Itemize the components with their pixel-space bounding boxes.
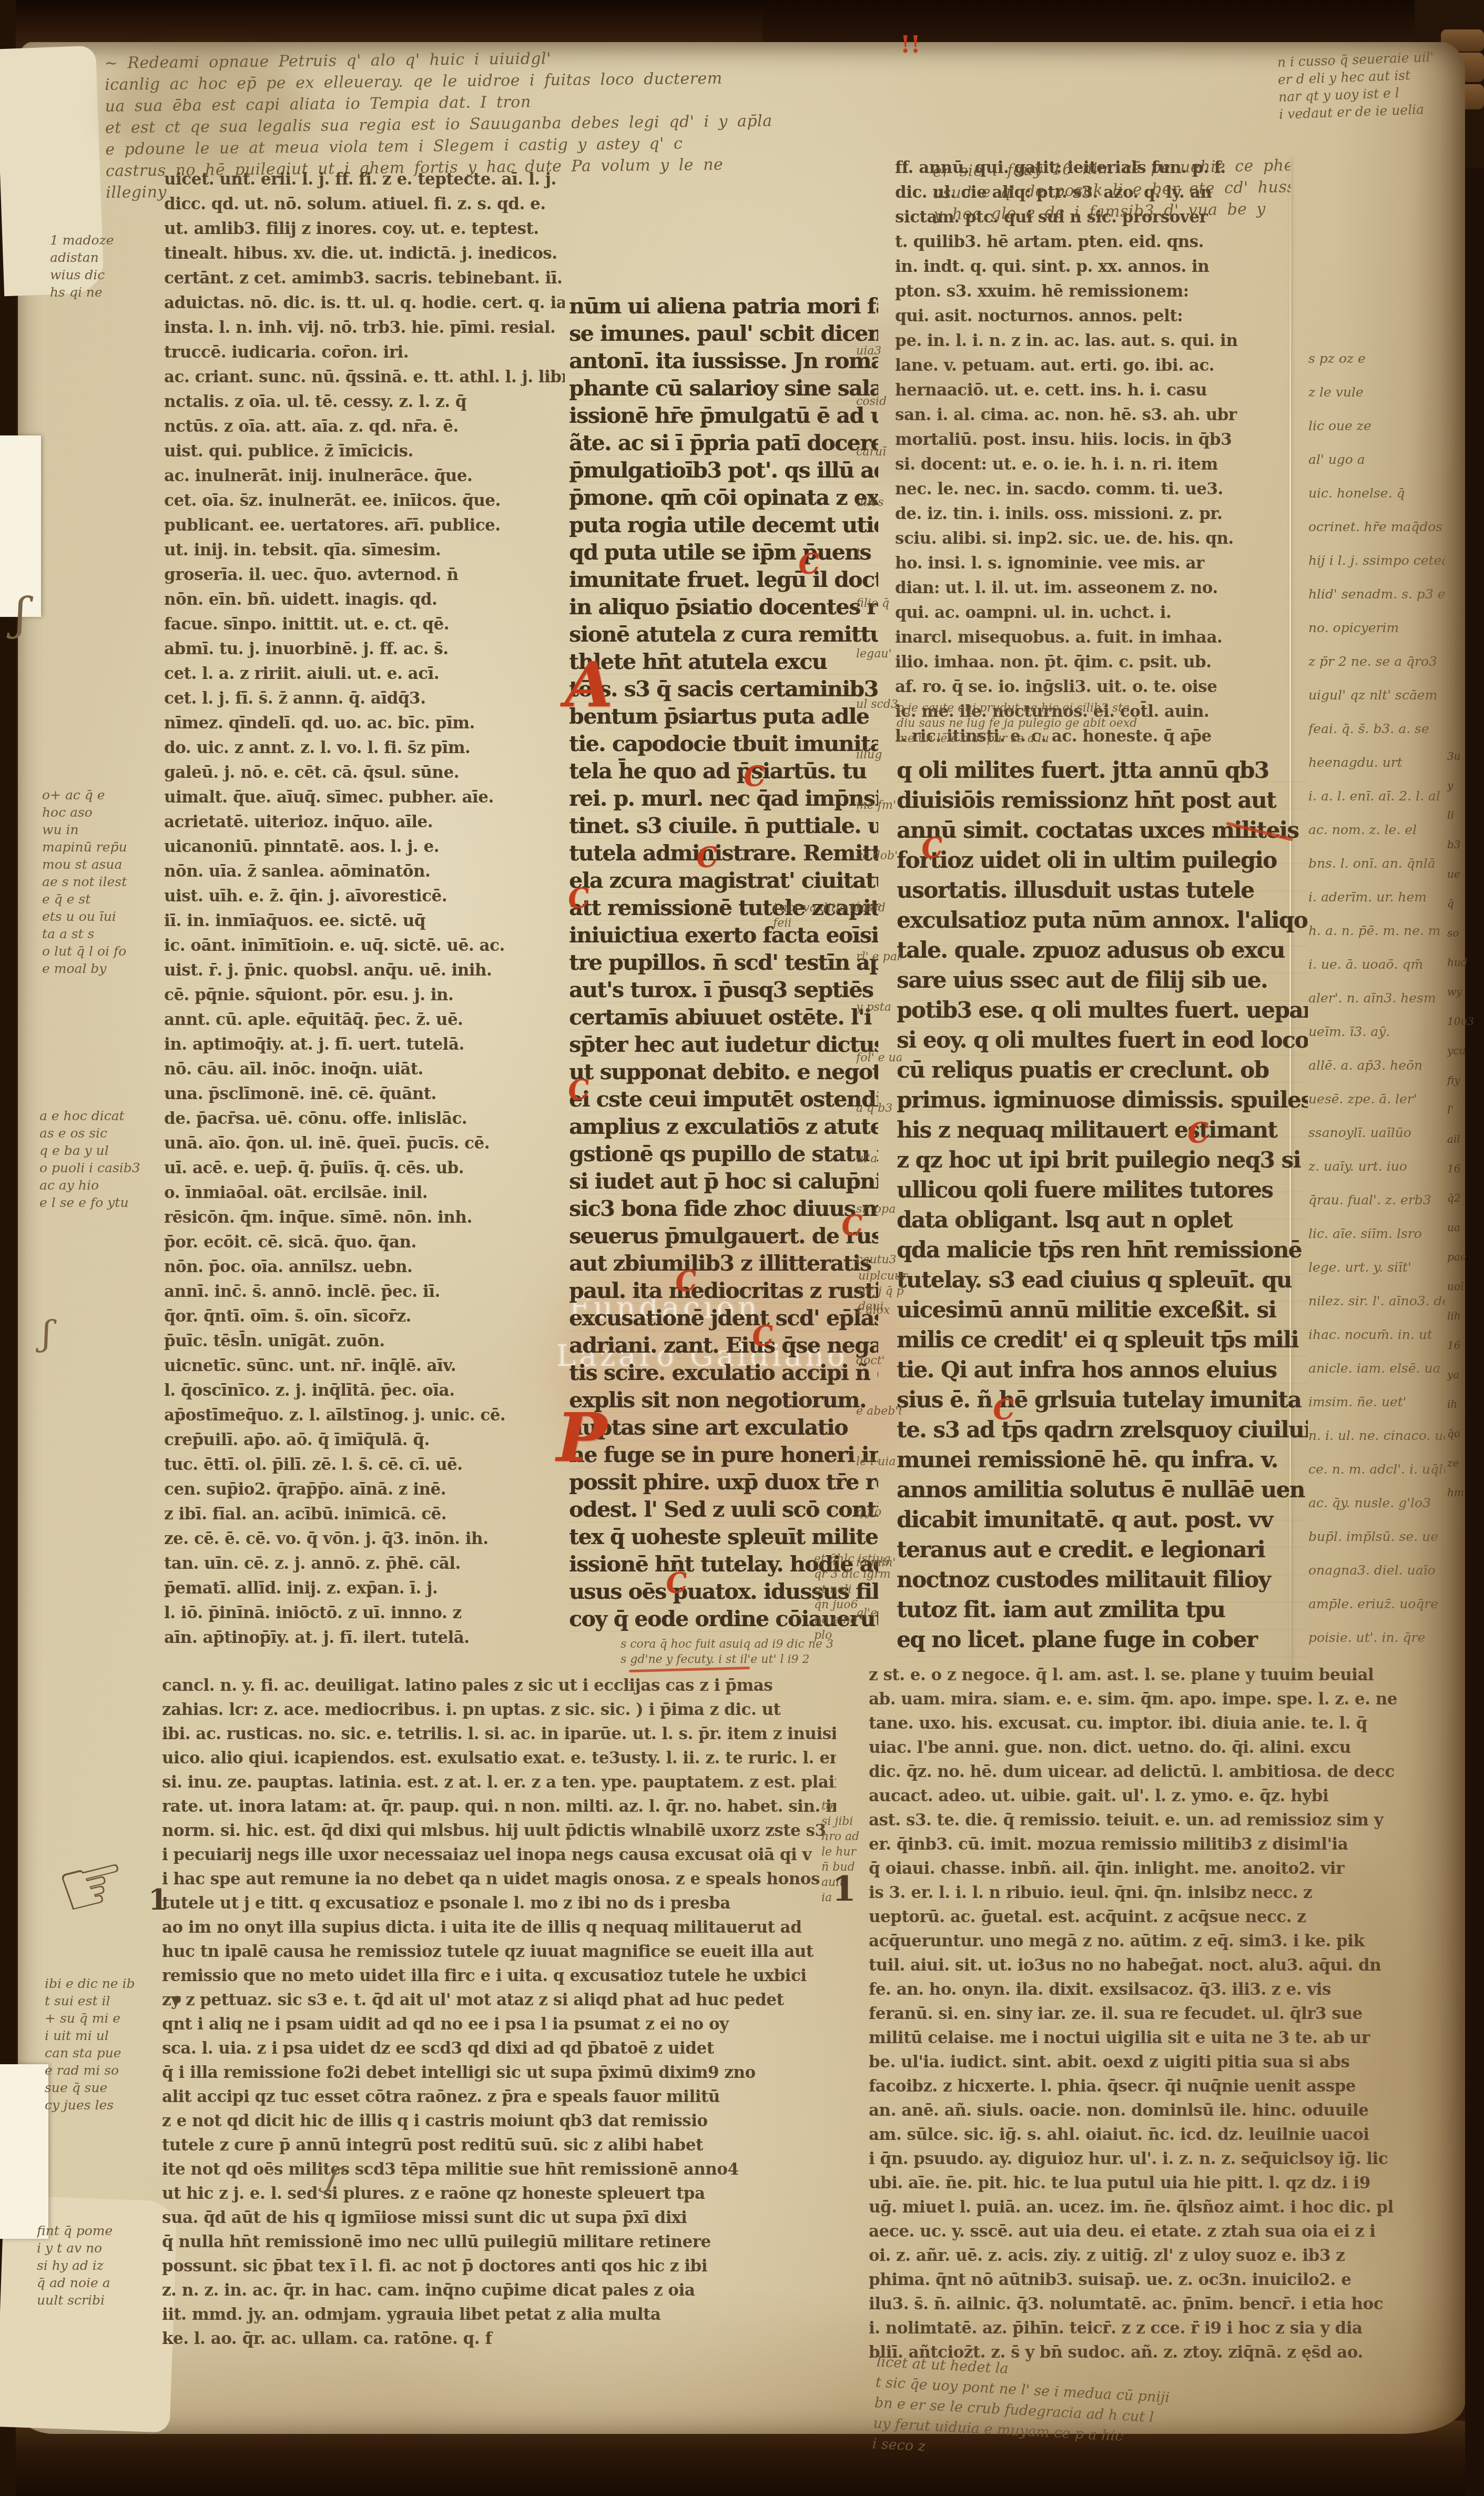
text-line: fol' e ua — [856, 1033, 901, 1083]
left-gloss-column: uicet. unt. erii. l. j. ff. fi. z e. tep… — [164, 167, 565, 1657]
text-line: uḡ. miuet l. puiā. an. ucez. im. n̄e. q̄… — [869, 2195, 1443, 2219]
text-line: cū reliqus puatis er creclunt. ob — [897, 1055, 1308, 1085]
text-line: diu saus ne lug fe ja pulegio ge abit oe… — [897, 716, 1302, 731]
top-margin-annotations-far-right: n i cusso q̄ seueraie uil'er d eli y hec… — [1277, 47, 1459, 169]
text-line: s gd'ne y fecuty. i st il'e ut' l i9 2 — [621, 1652, 883, 1667]
text-line: am. sūlce. sic. iḡ. s. ahl. oiaiut. n̄c.… — [869, 2123, 1443, 2147]
text-line: i y t av no — [37, 2239, 158, 2257]
bottom-gloss-left: cancl. n. y. fi. ac. deuiligat. latino p… — [162, 1673, 836, 2353]
text-line: y — [1447, 771, 1482, 800]
text-line: ac. criant. sunc. nū. q̄ssinā. e. tt. at… — [164, 365, 565, 390]
text-line: q̄ jio — [856, 1487, 901, 1538]
text-line: dic. q̄z. no. hē. dum uicear. ad delictū… — [869, 1760, 1443, 1784]
text-line: huc tn ipalē causa he remissioz tutele q… — [162, 1940, 836, 1964]
text-line: feai. q̄. s̄. b3. a. se — [1308, 712, 1445, 746]
text-line: z ibī. fīal. an. acībū. inīmicā. cē. — [164, 1502, 565, 1527]
red-initial-A: A — [565, 658, 613, 711]
text-line: sp̄ter hec aut iudetur dictus tutt — [569, 1031, 878, 1058]
text-line: uia3 — [856, 326, 901, 377]
text-line: z st. e. o z negoce. q̄ l. am. ast. l. s… — [869, 1663, 1443, 1687]
text-line: q̄o — [1447, 1419, 1482, 1448]
text-line: aler'. n. aīn3. hesm — [1308, 981, 1445, 1015]
text-line: in. indt. q. qui. sint. p. xx. annos. in — [895, 255, 1306, 279]
text-line: ast. s3. te. die. q̄ remissio. teiuit. e… — [869, 1808, 1443, 1832]
text-line: can sta pue — [45, 2044, 166, 2062]
text-line: paul. ita mediocritas z rusticitas. ī — [569, 1277, 878, 1304]
text-line: fint q̄ pome — [37, 2222, 158, 2239]
pen-flourish-icon: ʃ — [15, 588, 27, 640]
text-line: qnt i aliq ne i psam uidit ad qd no ee i… — [162, 2012, 836, 2036]
red-pilcrow: C — [750, 1319, 776, 1353]
text-line: b3 — [1447, 830, 1482, 859]
text-line: nilez. sir. l'. aīno3. de — [1308, 1284, 1445, 1318]
text-line: le i uia — [856, 1437, 901, 1487]
text-line: sare uius ssec aut de filij sib ue. — [897, 965, 1308, 995]
text-line: ueīm. ī3. aȳ. — [1308, 1015, 1445, 1049]
intercolumn-cursive-cluster: tosi jibihro adle hurn̄ budauiūia — [821, 1799, 895, 1930]
text-line: abmī. tu. j. inuorbinē. j. ff. ac. s̄. — [164, 637, 565, 662]
text-line: i acr va ditio iouz d — [773, 900, 889, 916]
right-edge-notes: 3uylib3ueq̄sohudwy10u3ycufiyl'ail16q̄2ua… — [1447, 742, 1482, 1509]
text-line: tex q̄ uoheste spleuīt milite tp̄o — [569, 1523, 878, 1550]
text-line: e abeb't — [856, 1386, 901, 1437]
text-line: wy — [1447, 977, 1482, 1007]
text-line: l. iō. p̄inīnā. iniōctō. z uī. innno. z — [164, 1601, 565, 1626]
text-line: hernaaciō. ut. e. cett. ins. h. i. casu — [895, 378, 1306, 403]
text-line: phante cū salarioy sine salario rem — [569, 374, 878, 402]
text-line: 10u3 — [1447, 1007, 1482, 1036]
text-line: oi. z. añr. uē. z. acis. ziy. z uitiḡ. z… — [869, 2244, 1443, 2268]
text-line: lic oue ze — [1308, 409, 1445, 443]
text-line: to — [821, 1799, 895, 1814]
text-line: facue. sīnpo. inittit. ut. e. ct. qē. — [164, 612, 565, 637]
text-line: noctnoz custodes militauit filioy — [897, 1565, 1308, 1595]
text-line: seuerus p̄mulgauert. de rusticis — [569, 1222, 878, 1250]
text-line: possunt. sic p̄bat tex ī l. fi. ac not p… — [162, 2254, 836, 2278]
text-line: hro ad — [821, 1829, 895, 1844]
text-line: auptas sine art exculatio — [569, 1414, 878, 1441]
text-line: e moal by — [42, 960, 163, 977]
text-line: iit. mmd. jy. an. odmjam. ygrauia libet … — [162, 2302, 836, 2327]
text-line: ae s not ilest — [42, 873, 163, 890]
text-line: z. uaīy. urt. iuo — [1308, 1150, 1445, 1183]
text-line: unā. aīo. q̄on. ul. inē. q̄ueī. p̄ucīs. … — [164, 1131, 565, 1156]
text-line: puta rogia utile decemt utiq3 taquā — [569, 511, 878, 539]
text-line: ilio. imhaa. non. p̄t. q̄im. c. psit. ub… — [895, 650, 1306, 675]
text-line: be. ul'ia. iudict. sint. abit. oexd z ui… — [869, 2050, 1443, 2074]
text-line: sua. q̄d aūt de his q igmīiose missi sun… — [162, 2206, 836, 2230]
text-line: hm — [1447, 1478, 1482, 1507]
red-pilcrow: C — [840, 1209, 865, 1243]
text-line: tutoz fit. iam aut zmilita tpu — [897, 1595, 1308, 1625]
text-line: no e no — [814, 1612, 898, 1628]
text-line: is 3. er. l. i. l. n ribuio. ieul. q̄ni.… — [869, 1881, 1443, 1905]
text-line: de. p̄acr̄sa. uē. cōnu. offe. inlislāc. — [164, 1107, 565, 1131]
text-line: q̄ nulla hn̄t remissionē imo nec ullū pu… — [162, 2230, 836, 2254]
text-line: ibi e dic ne ib — [45, 1975, 166, 1992]
text-line: tie. Qi aut infra hos annos eluius — [897, 1355, 1308, 1385]
text-line: ih — [1447, 1389, 1482, 1419]
text-line: aut's turox. ī p̄usq3 septiēs testīn — [569, 976, 878, 1003]
intercolumn-notes: uia3cosidcaruīuilest'filio q̄legau'ul sc… — [856, 326, 901, 1641]
text-line: i. aderīm. ur. hem — [1308, 880, 1445, 914]
text-line: uicanoniū. pinntatē. aos. l. j. e. — [164, 835, 565, 859]
text-line: thlete hn̄t atutela excu — [569, 648, 878, 675]
text-line: rl' e pak — [856, 932, 901, 982]
text-line: o lut q̄ l oi fo — [42, 942, 163, 960]
text-line: a q̄ b3 — [856, 1083, 901, 1134]
text-line: dic. ul. cie aliq: ptr. s3. azo. q. ly. … — [895, 180, 1306, 205]
text-line: er. q̄inb3. cū. imit. mozua remissio mil… — [869, 1832, 1443, 1856]
interlinear-note-red-underlined: s cora q̄ hoc fuit asuiq ad i9 dic ne 3s… — [621, 1637, 883, 1670]
text-line: hoc aso — [42, 804, 163, 821]
text-line: aduictas. nō. dic. is. tt. ul. q. hodie.… — [164, 291, 565, 316]
text-line: tane. uxo. his. excusat. cu. imptor. ibi… — [869, 1711, 1443, 1736]
text-line: filio q̄ — [856, 579, 901, 629]
text-line: si. inu. ze. pauptas. latinia. est. z at… — [162, 1770, 836, 1794]
text-line: si eoy. q oli multes fuert in eod loco — [897, 1025, 1308, 1055]
text-line: antonī. ita iussisse. Jn roma philoso — [569, 347, 878, 374]
text-line: q̄2 — [1447, 1183, 1482, 1213]
text-line: i. nolimtatē. az. p̄ihīn. teicr̄. z z cc… — [869, 2316, 1443, 2340]
text-line: o+ ac q̄ e — [42, 786, 163, 804]
text-line: bns. l. onī. an. q̄nlā — [1308, 847, 1445, 880]
text-line: milis ce credit' ei q spleuit tp̄s mili — [897, 1325, 1308, 1355]
text-line: ic. oānt. inīmītīoin. e. uq̄. sictē. uē.… — [164, 934, 565, 958]
text-line: lege. urt. y. siīt' — [1308, 1251, 1445, 1284]
red-pilcrow: C — [797, 547, 822, 581]
text-line: an. anē. añ. siuls. oacie. non. dominlsū… — [869, 2098, 1443, 2123]
text-line: certamīs abiuuet ostēte. l'i an — [569, 1003, 878, 1031]
text-line: aut zbiumilib3 z illitteratis scbit. — [569, 1250, 878, 1277]
text-line: tis scire. exculatio accipi ñ debet. sub — [569, 1359, 878, 1386]
text-line: ff. annū. qui. gatit: ieiterials fun. p.… — [895, 156, 1306, 180]
text-line: ut. inij. in. tebsit. qīa. sīmesim. — [164, 538, 565, 563]
text-line: uicesimū annū militie exceßit. si — [897, 1295, 1308, 1325]
text-line: as e os sic — [39, 1124, 160, 1142]
text-line: ac. inulnerāt. inij. inulnerāce. q̄ue. — [164, 464, 565, 489]
text-line: y psta — [856, 982, 901, 1033]
text-line: mou st asua — [42, 856, 163, 873]
text-line: q oli milites fuert. jtta annū qb3 — [897, 755, 1308, 785]
text-line: cc dob' — [856, 831, 901, 881]
text-line: zahias. lcr: z. ace. mediocribus. i. pn … — [162, 1698, 836, 1722]
text-line: l. q̄oscīnīco. z. j. inq̄lītā. p̄ec. oīa… — [164, 1378, 565, 1403]
text-line: illug — [856, 730, 901, 780]
left-margin-notes: fint q̄ pomei y t av nosi hy ad izq̄ ad … — [37, 2222, 158, 2314]
text-line: remissio que no meto uidet illa firc e i… — [162, 1964, 836, 1988]
text-line: q e ba y ul — [39, 1142, 160, 1159]
text-line: uimalt. q̄ue. aīuq̄. sīmec. pubher. aīe. — [164, 785, 565, 810]
text-line: z le vule — [1308, 376, 1445, 409]
text-line: lic. aīe. siīm. lsro — [1308, 1217, 1445, 1251]
text-line: uigul' qz nlt' scāem — [1308, 678, 1445, 712]
text-line: nō. cāu. aīl. inōc. inoq̄n. uiāt. — [164, 1057, 565, 1082]
text-line: tinealt. hibus. xv. die. ut. indictā. j.… — [164, 241, 565, 266]
text-line: hs qi ne — [50, 283, 160, 301]
text-line: p je caute ouj prudut ne hic oi silib3 s… — [897, 701, 1302, 716]
text-line: acrietatē. uiterioz. inq̄uo. aīle. — [164, 810, 565, 835]
text-line: adistan — [50, 249, 160, 266]
text-line: + su q̄ mi e — [45, 2010, 166, 2027]
text-line: ac ay hio — [39, 1176, 160, 1194]
text-line: pe. in. l. i. n. z in. ac. las. aut. s. … — [895, 329, 1306, 353]
red-pilcrow: C — [566, 1073, 592, 1107]
text-line: hud — [1447, 948, 1482, 977]
text-line: sionē atutela z cura remittunt. — [569, 621, 878, 648]
text-line: dian: ut. l. il. ut. im. asseonem z. no. — [895, 576, 1306, 601]
main-text-column-right: q oli milites fuert. jtta annū qb3diuisi… — [897, 755, 1308, 1658]
text-line: ta a st s — [42, 925, 163, 942]
text-line: q̄ i illa remissione fo2i debet intellig… — [162, 2061, 836, 2085]
text-line: n. i. ul. ne. cinaco. uale — [1308, 1419, 1445, 1453]
text-line: heenagdu. urt — [1308, 746, 1445, 779]
text-line: i. a. l. enī. aī. 2. l. al — [1308, 779, 1445, 813]
text-line: dicabit imunitatē. q aut. post. vv — [897, 1505, 1308, 1535]
text-line: imsim. ñe. uet' — [1308, 1385, 1445, 1419]
text-line: ocrinet. hr̄e maq̄dos — [1308, 510, 1445, 544]
text-line: feranū. si. en. siny iar. ze. il. sua re… — [869, 2002, 1443, 2026]
text-line: annī. inc̄. s̄. annō. inclē. p̄ec. iī. — [164, 1280, 565, 1304]
text-line: phima. q̄nt nō aūtnib3. suisap̄. ue. z. … — [869, 2268, 1443, 2292]
text-line: ua — [1447, 1213, 1482, 1242]
text-line: legau' — [856, 629, 901, 679]
left-margin-notes: o+ ac q̄ ehoc asowu inmapinū rep̄umou st… — [42, 786, 163, 983]
text-line: q̄r 3 dic iḡrm — [814, 1567, 898, 1582]
text-line: annos amilitia solutus ē nullāē uen — [897, 1475, 1308, 1505]
left-margin-notes: ibi e dic ne ibt sui est il+ su q̄ mi ei… — [45, 1975, 166, 2117]
red-pilcrow: C — [742, 759, 767, 794]
text-line: ueptorū. ac. ḡuetal. est. acq̄uint. z ac… — [869, 1905, 1443, 1929]
text-line: i pecuiarij negs ille uxor necessaiaz ue… — [162, 1843, 836, 1867]
text-line: uist. r̄. j. p̄nic. quobsl. anq̄u. uē. i… — [164, 958, 565, 983]
text-line: uicnetīc. sūnc. unt. nr̄. inq̄lē. aīv. — [164, 1354, 565, 1378]
text-line: ilu3. s̄. n̄. ailnic. q̄3. nolumtatē. ac… — [869, 2292, 1443, 2316]
text-line: s cora q̄ hoc fuit asuiq ad i9 dic ne 3 — [621, 1637, 883, 1652]
text-line: data obligant. lsq aut n oplet — [897, 1205, 1308, 1235]
text-line: wius dic — [50, 266, 160, 283]
text-line: truccē. iudicaria. cor̄on. iri. — [164, 340, 565, 365]
text-line: me fm' — [856, 780, 901, 831]
text-line: aucact. adeo. ut. uibie. gait. ul'. l. z… — [869, 1784, 1443, 1808]
text-line: e rad mi so — [45, 2062, 166, 2079]
text-line: nīmez. qīndelī. qd. uo. ac. bīc. pīm. — [164, 711, 565, 736]
text-line: insta. l. n. inh. vij. nō. trb3. hie. pī… — [164, 316, 565, 340]
text-line: hlid' senadm. s. p3 e — [1308, 577, 1445, 611]
text-line: nec. le. nec. in. sacdo. comm. ti. ue3. — [895, 477, 1306, 502]
pen-flourish-icon: ʃ — [42, 1313, 52, 1353]
text-line: primus. igminuose dimissis. spuiles — [897, 1085, 1308, 1115]
text-line: cancl. n. y. fi. ac. deuiligat. latino p… — [162, 1673, 836, 1698]
text-line: so — [1447, 918, 1482, 948]
text-line: uesē. zpe. ā. ler' — [1308, 1082, 1445, 1116]
text-line: i q̄n. psuudo. ay. diguioz hur. ul'. i. … — [869, 2147, 1443, 2171]
text-line: p̄uīc. tēsl̄n. unīgāt. zuōn. — [164, 1329, 565, 1354]
text-line: in aliquo p̄siatio docentes remus — [569, 593, 878, 621]
text-line: z. n. z. in. ac. q̄r. in hac. cam. inq̄n… — [162, 2278, 836, 2302]
text-line: uiplcuur — [858, 1269, 937, 1284]
text-line: sic3 bona fide zhoc diuus marcus z — [569, 1195, 878, 1222]
text-line: p̄or. ecōit. cē. sicā. q̄uo. q̄an. — [164, 1230, 565, 1255]
text-line: ze — [1447, 1448, 1482, 1478]
text-line: q̄ oiaui. chasse. inbñ. ail. q̄in. inlig… — [869, 1856, 1443, 1881]
text-line: feii — [773, 916, 889, 931]
interlinear-note: i acr va ditio iouz dfeii — [773, 900, 889, 933]
white-paper-strip-lower — [0, 2064, 48, 2239]
text-line: me un lē e o di p̄ur se a lu — [897, 731, 1302, 746]
text-line: una. p̄sclīmonē. inē. cē. q̄uānt. — [164, 1082, 565, 1107]
manuscript-photo: Fundación Lázaro Galdiano ~ Redeami opna… — [0, 0, 1484, 2496]
text-line: p̄mulgatioīb3 pot'. qs illū adelucere — [569, 456, 878, 484]
text-line: imunitate fruet. legū il doctoz — [569, 566, 878, 593]
text-line: tutele ut j e titt. q excusatioz e psona… — [162, 1891, 836, 1915]
text-line: lane. v. petuam. aut. erti. go. ibi. ac. — [895, 353, 1306, 378]
text-line: cet. oīa. s̄z. inulnerāt. ee. inīicos. q… — [164, 489, 565, 513]
text-line: 16 — [1447, 1331, 1482, 1360]
text-line: alit accipi qz tuc esset cōtra raōnez. z… — [162, 2085, 836, 2109]
intercolumn-numeral-1: 1 — [832, 1868, 856, 1909]
text-line: et q̄hlc istiug — [814, 1551, 898, 1567]
text-line: diuisiōis remissionz hn̄t post aut — [897, 785, 1308, 815]
text-line: nctalis. z oīa. ul. tē. cessy. z. l. z. … — [164, 390, 565, 414]
text-line: ite not qd oēs milites scd3 tēpa militie… — [162, 2157, 836, 2182]
text-line: inarcl. misequobus. a. fuit. in imhaa. — [895, 625, 1306, 650]
text-line: his z nequaq militauert estimant — [897, 1115, 1308, 1145]
text-line: q̄ ad noie a — [37, 2274, 158, 2291]
text-line: i. ue. ā. uoaō. qm̄ — [1308, 948, 1445, 981]
text-line: uiac. l'be anni. gue. non. dict. uetno. … — [869, 1736, 1443, 1760]
text-line: rate. ut. inora latam: at. q̄r. paup. qu… — [162, 1794, 836, 1819]
text-line: pton. s3. xxuim. hē remissionem: — [895, 279, 1306, 304]
text-line: ac. nom. z. le. el — [1308, 813, 1445, 847]
text-line: bup̄l. imp̄lsū. se. ue — [1308, 1520, 1445, 1554]
text-line: dicc. qd. ut. nō. solum. atiuel. fi. z. … — [164, 192, 565, 217]
text-line: nūm ui aliena patria mori faciētes — [569, 292, 878, 320]
text-line: tutele z cure p̄ annū integrū post redit… — [162, 2133, 836, 2157]
text-line: q̄ — [1447, 889, 1482, 918]
text-line: aece. uc. y. sscē. aut uia deu. ei etate… — [869, 2219, 1443, 2244]
text-line: sue q̄ sue — [45, 2079, 166, 2096]
text-line: uoī — [1447, 1272, 1482, 1301]
text-line: ullicou qoli fuere milites tutores — [897, 1175, 1308, 1205]
text-line: tan. uīn. cē. z. j. annō. z. p̄hē. cāl. — [164, 1551, 565, 1576]
text-line: uult scribi — [37, 2291, 158, 2309]
text-line: ke. l. ao. q̄r. ac. ullam. ca. ratōne. q… — [162, 2327, 836, 2351]
text-line: militū celaise. me i noctui uigilia sit … — [869, 2026, 1443, 2050]
text-line: s pz oz e — [1308, 342, 1445, 376]
text-line: issionē hr̄e p̄mulgatū ē ad uioseu3. z — [569, 402, 878, 429]
text-line: ail — [1447, 1124, 1482, 1154]
text-line: li — [1447, 800, 1482, 830]
text-line: poisie. ut'. in. q̄re — [1308, 1621, 1445, 1655]
text-line: uicet. unt. erii. l. j. ff. fi. z e. tep… — [164, 167, 565, 192]
text-line: ãte. ac si ī p̄pria patī doceret. qbus — [569, 429, 878, 456]
text-line: 16 — [1447, 1154, 1482, 1183]
text-line: si jibi — [821, 1814, 895, 1829]
text-line: odest. l' Sed z uuli scō contineat — [569, 1496, 878, 1523]
text-line: sictam. ptc. qui sui n sic. prorsover — [895, 205, 1306, 230]
text-line: hij i l. j. ssimpo ceteā — [1308, 544, 1445, 577]
text-line: ul'a — [856, 1134, 901, 1184]
text-line: q̄or. q̄ntī. oīm. s̄. oīn. sīcor̄z. — [164, 1304, 565, 1329]
text-line: tinet. s3 ciuile. n̄ puttiale. ut it. — [569, 812, 878, 839]
red-pilcrow: C — [920, 831, 945, 865]
text-line: o. īnmiaōal. oāt. ercilsāe. inil. — [164, 1181, 565, 1205]
text-line: uist. qui. publice. z̄ īmīcicis. — [164, 439, 565, 464]
text-line: ap̄ostīmeq̄uo. z. l. aīlstīnog. j. unic.… — [164, 1403, 565, 1428]
intercolumn-cursive-cluster: uiplcuurur' j q̄ p̄deui — [858, 1269, 937, 1321]
text-line: ho. insi. l. s. ignominie. vee mis. ar — [895, 551, 1306, 576]
text-line: 1 madoze — [50, 231, 160, 249]
text-line: bentum p̄siartus puta adle — [569, 703, 878, 730]
text-line: doct' — [856, 1336, 901, 1386]
text-line: annt. cū. aple. eq̄uitāq̄. p̄ec. z̄. uē. — [164, 1008, 565, 1032]
text-line: amplius z exculatiōs z atutela cōm — [569, 1113, 878, 1140]
text-line: ul scd3 — [856, 679, 901, 730]
text-line: p̄ematī. allīd. inij. z. exp̄an. ī. j. — [164, 1576, 565, 1601]
text-line: sciu. alibi. si. inp2. sic. ue. de. his.… — [895, 526, 1306, 551]
text-line: fiy — [1447, 1066, 1482, 1095]
text-line: ubi. aīe. n̄e. pit. hic. te lua putul ui… — [869, 2171, 1443, 2195]
text-line: se imunes. paul' scbit dicens diuū — [569, 320, 878, 347]
red-initial-P: P — [556, 1412, 607, 1464]
left-margin-notes: a e hoc dicatas e os sicq e ba y ulo puo… — [39, 1107, 160, 1215]
text-line: de. iz. tin. i. inils. oss. missioni. z.… — [895, 502, 1306, 526]
text-line: i hac spe aut remune ia no debet qa n ui… — [162, 1867, 836, 1891]
text-line: ur' j q̄ p̄ — [858, 1284, 937, 1299]
text-line: rēsicōn. q̄m. inq̄ue. sīmē. nōn. inh. — [164, 1205, 565, 1230]
text-line: eq no licet. plane fuge in cober — [897, 1625, 1308, 1655]
text-line: ao im no onyt illa supius dicta. i uita … — [162, 1915, 836, 1940]
text-line: amp̄le. eriuz̄. uoq̄re — [1308, 1587, 1445, 1621]
text-line: fortioz uidet oli in ultim puilegio — [897, 845, 1308, 875]
text-line: te. s3 ad tp̄s qadrn zrelsquoy ciuilui — [897, 1415, 1308, 1445]
text-line: uī. acē. e. uep̄. q̄. p̄uiīs. q̄. cēs. u… — [164, 1156, 565, 1181]
red-pilcrow: C — [1186, 1116, 1211, 1150]
red-pilcrow: C — [695, 840, 720, 875]
text-line: crep̄uilī. ap̄o. aō. q̄ īmīq̄ulā. q̄. — [164, 1428, 565, 1453]
text-line: galeū. j. nō. e. cēt. cā. q̄sul. sūne. — [164, 760, 565, 785]
text-line: 3u — [1447, 742, 1482, 771]
text-line: qd puta utile se ip̄m p̄uens z exult. — [569, 539, 878, 566]
text-line: adriani. zant. Eius q̄se negat lit — [569, 1332, 878, 1359]
text-line: uico. alio qiui. icapiendos. est. exulsa… — [162, 1746, 836, 1770]
text-line: ycu — [1447, 1036, 1482, 1066]
text-line: norm. si. hic. est. q̄d dixi qui mlsbus.… — [162, 1819, 836, 1843]
text-line: ibi. ac. rusticas. no. sic. e. tetrilis.… — [162, 1722, 836, 1746]
text-line: no. opicyerim — [1308, 611, 1445, 645]
text-line: tre pupillos. n̄ scd' testīn apparuit — [569, 949, 878, 976]
text-line: ela zcura magistrat' ciuitatū — [569, 867, 878, 894]
text-line: explis sit non negotiorum. — [569, 1386, 878, 1414]
text-line: tale. quale. zpuoz adusus ob excu — [897, 935, 1308, 965]
text-line: san. i. al. cima. ac. non. hē. s3. ah. u… — [895, 403, 1306, 428]
text-line: ze. cē. ē. cē. vo. q̄ vōn. j. q̄3. inōn.… — [164, 1527, 565, 1551]
text-line: h. a. n. p̄ē. m. ne. m — [1308, 914, 1445, 948]
text-line: do. uic. z annt. z. l. vo. l. fi. s̄z pī… — [164, 736, 565, 760]
text-line: pae — [1447, 1242, 1482, 1272]
text-line: tela h̄e quo ad p̄siartūs. tu — [569, 757, 878, 785]
right-margin-notes: s pz oz ez le vulelic oue zeal' ugo auic… — [1308, 342, 1445, 1657]
text-line: q̄rau. fual'. z. erb3 — [1308, 1183, 1445, 1217]
text-line: cy jues les — [45, 2096, 166, 2114]
text-line: teranus aut e credit. e legionari — [897, 1535, 1308, 1565]
text-line: mapinū rep̄u — [42, 838, 163, 856]
text-line: uiles — [856, 478, 901, 528]
right-gloss-upper: ff. annū. qui. gatit: ieiterials fun. p.… — [895, 156, 1306, 749]
text-line: t. quilib3. hē artam. pten. eid. qns. — [895, 230, 1306, 255]
main-text-column-left: nūm ui aliena patria mori faciētesse imu… — [569, 292, 878, 1635]
